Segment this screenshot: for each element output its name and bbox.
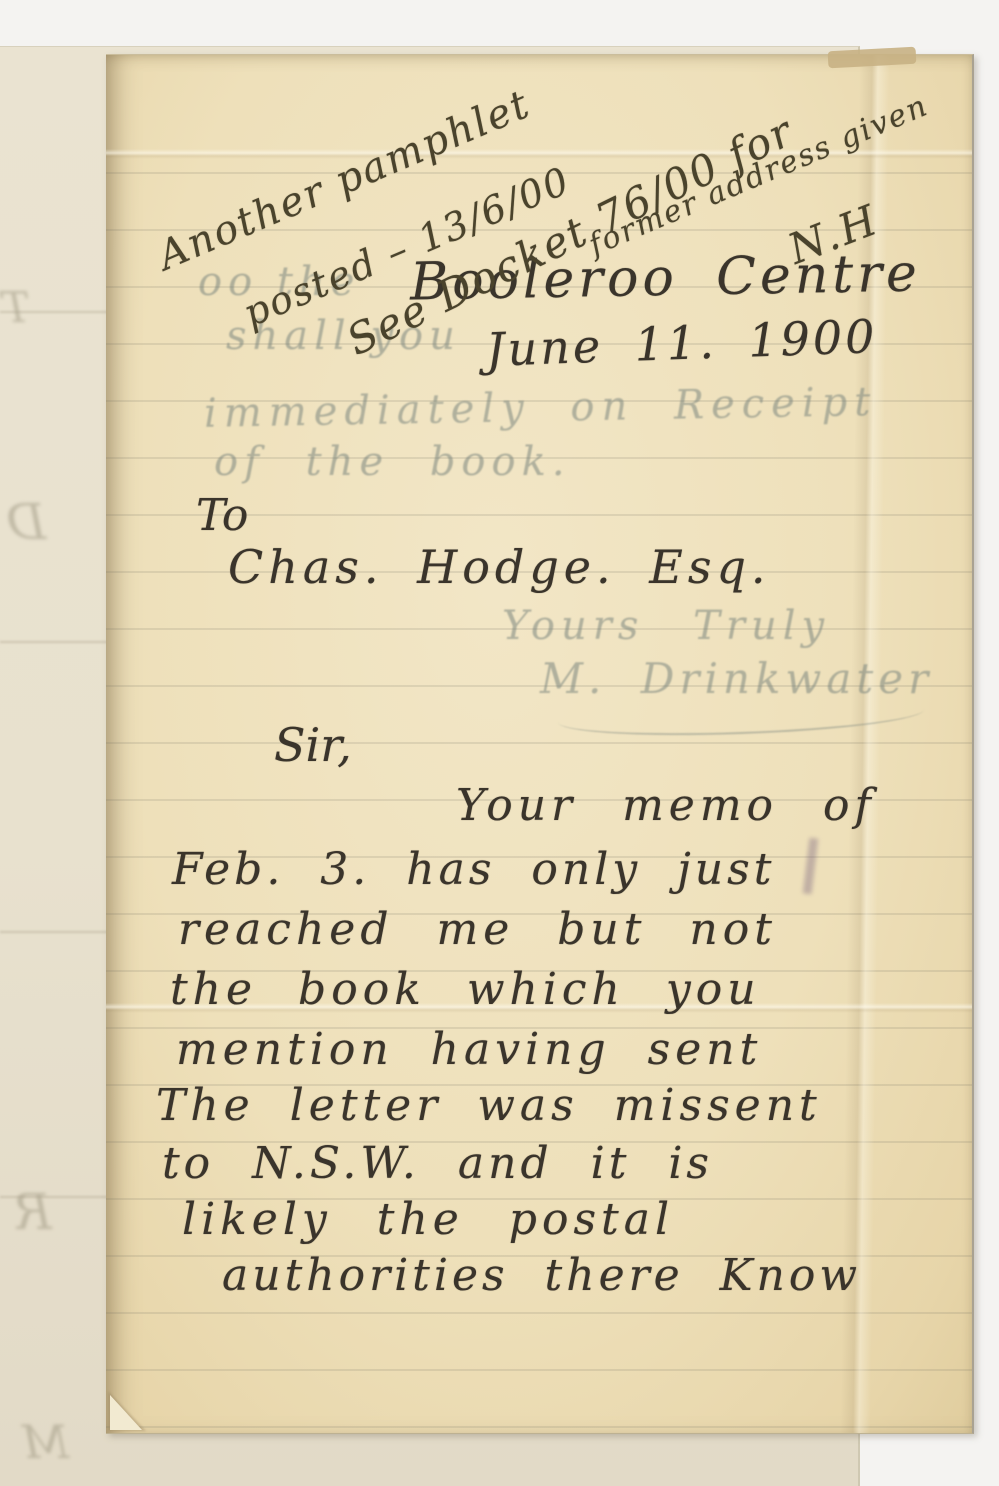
body-line-4: the book which you	[170, 968, 761, 1012]
body-line-7: to N.S.W. and it is	[162, 1142, 713, 1186]
tape-stain	[828, 47, 917, 69]
body-line-2: Feb. 3. has only just	[172, 848, 775, 892]
body-line-6: The letter was missent	[156, 1084, 822, 1128]
date-line: June 11. 1900	[485, 313, 878, 373]
ghost-line: immediately on Receipt	[204, 382, 878, 434]
body-line-9: authorities there Know	[222, 1254, 861, 1298]
ghost-closing: M. Drinkwater	[540, 658, 933, 700]
body-line-3: reached me but not	[178, 908, 777, 952]
scan-background: T D R M oo the shall you immediately on …	[0, 0, 999, 1486]
body-line-5: mention having sent	[176, 1028, 762, 1072]
salutation: Sir,	[274, 722, 352, 768]
under-page-crease	[0, 641, 112, 643]
under-page-crease	[0, 931, 112, 933]
ghost-closing: Yours Truly	[502, 606, 830, 646]
bleed-through-mark: D	[6, 497, 46, 547]
ghost-line: of the book.	[214, 442, 571, 482]
bleed-through-mark: M	[22, 1419, 69, 1465]
recipient-to: To	[196, 494, 248, 538]
body-line-1: Your memo of	[456, 784, 876, 828]
bleed-through-mark: T	[2, 287, 30, 329]
dog-ear-fold	[110, 1395, 142, 1430]
recipient-name: Chas. Hodge. Esq.	[228, 544, 771, 590]
body-line-8: likely the postal	[182, 1198, 674, 1242]
bleed-through-mark: R	[14, 1187, 52, 1237]
